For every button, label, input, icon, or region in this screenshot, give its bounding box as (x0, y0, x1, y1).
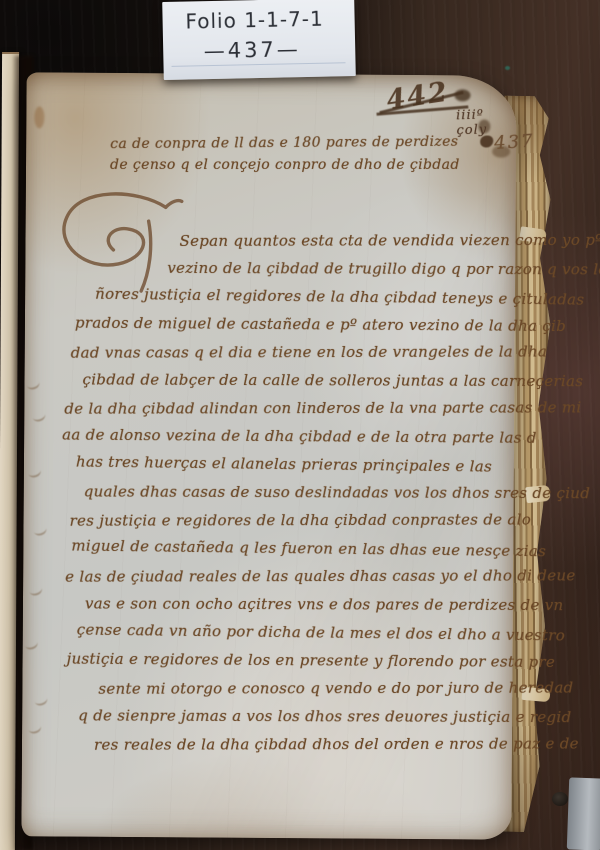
manuscript-line: res justiçia e regidores de la dha çibda… (70, 506, 512, 535)
archival-sticky-note: Folio 1-1-7-1 —437— (162, 0, 356, 80)
folio-label-number: —437— (163, 36, 341, 64)
manuscript-line: vezino de la çibdad de trugillo digo q p… (167, 254, 513, 283)
manuscript-line: q de sienpre jamas a vos los dhos sres d… (78, 701, 510, 731)
manuscript-line: ñores justiçia el regidores de la dha çi… (95, 280, 513, 313)
table-knob (552, 792, 568, 806)
manuscript-line: vas e son con ocho açitres vns e dos par… (85, 589, 511, 618)
manuscript-text-block: Sepan quantos esta cta de vendida viezen… (58, 225, 514, 760)
folio-number: 437 (494, 130, 536, 153)
heading-line: ca de conpra de ll das e 180 pares de pe… (110, 131, 440, 155)
manuscript-line: miguel de castañeda q les fueron en las … (71, 531, 511, 564)
manuscript-page: 442 iiiiº çoly 437 ca de conpra de ll da… (21, 72, 516, 839)
heading-line: de çenso q el conçejo conpro de dho de ç… (110, 154, 414, 176)
manuscript-line: aa de alonso vezina de la dha çibdad e d… (62, 421, 512, 452)
manuscript-line: Sepan quantos esta cta de vendida viezen… (179, 226, 513, 255)
manuscript-line: justiçia e regidores de los en presente … (66, 645, 510, 676)
manuscript-line: çibdad de labçer de la calle de solleros… (82, 365, 512, 395)
manuscript-line: has tres huerças el alanelas prieras pri… (76, 448, 512, 481)
manuscript-line: quales dhas casas de suso deslindadas vo… (84, 477, 512, 506)
manuscript-line: sente mi otorgo e conosco q vendo e do p… (98, 674, 510, 703)
table-object (567, 777, 600, 850)
manuscript-line: çense cada vn año por dicha de la mes el… (77, 616, 511, 649)
manuscript-line: prados de miguel de castañeda e pº atero… (75, 309, 513, 340)
manuscript-photo: 442 iiiiº çoly 437 ca de conpra de ll da… (0, 0, 600, 850)
speck (505, 66, 510, 70)
manuscript-line: dad vnas casas q el dia e tiene en los d… (71, 338, 513, 367)
folio-label: Folio 1-1-7-1 (162, 6, 346, 34)
manuscript-line: res reales de la dha çibdad dhos del ord… (94, 730, 510, 759)
document-heading: ca de conpra de ll das e 180 pares de pe… (110, 131, 440, 177)
manuscript-line: de la dha çibdad alindan con linderos de… (64, 394, 512, 423)
manuscript-line: e las de çiudad reales de las quales dha… (65, 562, 511, 591)
